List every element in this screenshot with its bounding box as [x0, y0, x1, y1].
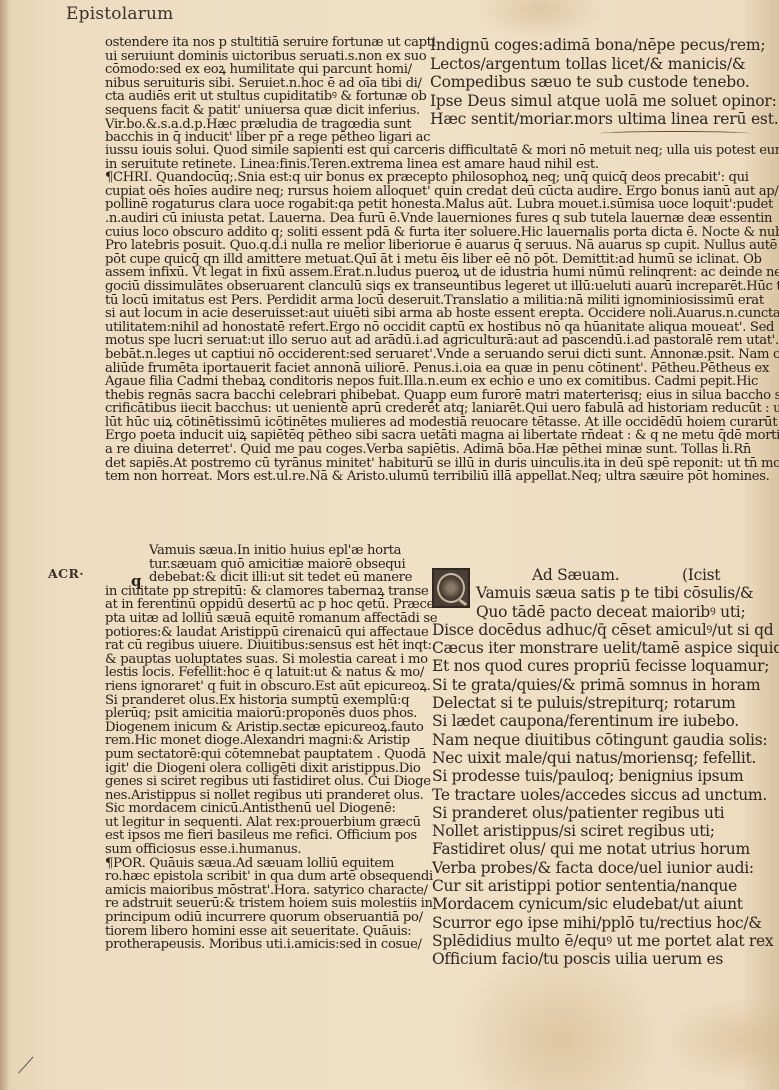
- verse-line: Officium facio/tu poscis uilia uerum es: [432, 950, 779, 968]
- verse-line: Si lædet caupona/ferentinum ire iubebo.: [432, 712, 779, 730]
- text-line: tur.sæuam quō amicitiæ maiorē obsequi: [105, 558, 437, 572]
- text-line: det sapiēs.At postremo cū tyrānus minite…: [105, 457, 779, 471]
- text-line: gociū dissimulātes obseruarent clanculū …: [105, 280, 779, 294]
- handwritten-underline: [600, 131, 750, 136]
- text-line: Diogenem inicum & Aristip.sectæ epicureo…: [105, 721, 437, 735]
- verse-line: Nam neque diuitibus cōtingunt gaudia sol…: [432, 731, 779, 749]
- verse-line: Fastidiret olus/ qui me notat utrius hor…: [432, 840, 779, 858]
- text-line: si aut locum in acie deseruisset:aut uiu…: [105, 307, 779, 321]
- text-line: motus spe lucri seruat:ut illo seruo aut…: [105, 334, 779, 348]
- verse-line: Quo tādē pacto deceat maioribꝰ uti;: [432, 603, 779, 621]
- text-line: riens ignoraret' q fuit in obscuro.Est a…: [105, 680, 437, 694]
- text-line: principum odiū incurrere quorum obseruan…: [105, 911, 437, 925]
- text-line: ut legitur in sequenti. Alat rex:prouerb…: [105, 816, 437, 830]
- text-line: est ipsos me fieri basileus me refici. O…: [105, 829, 437, 843]
- verse-line: Cæcus iter monstrare uelit/tamē aspice s…: [432, 639, 779, 657]
- text-line: & pauptas uoluptates suas. Si molestia c…: [105, 653, 437, 667]
- verse-line: Nec uixit male/qui natus/moriensq; fefel…: [432, 749, 779, 767]
- verse-line: Si pranderet olus/patienter regibus uti: [432, 804, 779, 822]
- text-line: amicis maioribus mōstrat'.Hora. satyrico…: [105, 884, 437, 898]
- verse-line: Si prodesse tuis/pauloq; benignius ipsum: [432, 767, 779, 785]
- text-line: in seruitute retinete. Linea:finis.Teren…: [105, 158, 779, 172]
- text-line: iussu iouis solui. Quod simile sapienti …: [105, 144, 779, 158]
- text-line: potiores:& laudat Aristippū cirenaicū qu…: [105, 626, 437, 640]
- text-line: tiorem libero homini esse ait seueritate…: [105, 925, 437, 939]
- text-line: in ciuitate pp strepitū: & clamores tabe…: [105, 585, 437, 599]
- text-line: tem non horreat. Mors est.ul.re.Nā & Ari…: [105, 470, 779, 484]
- text-line: re adstruit seuerū:& tristem hoiem suis …: [105, 897, 437, 911]
- text-line: at in ferentinū oppidū desertū ac p hoc …: [105, 598, 437, 612]
- text-line: aliūde frumēta iportauerit faciet annonā…: [105, 362, 779, 376]
- text-line: nibus seruituris sibi. Seruiet.n.hoc ē a…: [105, 77, 436, 91]
- text-line: Vamuis sæua.In initio huius epl'æ horta: [105, 544, 437, 558]
- text-line: thebis regnās sacra bacchi celebrari phi…: [105, 389, 779, 403]
- verse-line: Indignū coges:adimā bona/nēpe pecus/rem;: [430, 36, 778, 55]
- running-head: Epistolarum: [66, 4, 174, 24]
- text-line: Vir.bo.&.s.a.d.p.Hæc præludia de tragœdi…: [105, 118, 436, 132]
- verse-line: Hæc sentit/moriar.mors ultima linea rerū…: [430, 110, 778, 129]
- text-line: lūt hūc uiꝝ cōtinētissimū icōtinētes mul…: [105, 416, 779, 430]
- text-line: ro.hæc epistola scribit' in qua dum artē…: [105, 870, 437, 884]
- text-line: Pro latebris posuit. Quo.q.d.i nulla re …: [105, 239, 779, 253]
- text-line: a re diuina deterret'. Quid me pau coges…: [105, 443, 779, 457]
- text-line: ¶POR. Quāuis sæua.Ad sæuam lolliū equite…: [105, 857, 437, 871]
- text-line: genes si sciret regibus uti fastidiret o…: [105, 775, 437, 789]
- text-line: plerūq; psit amicitia maiorū:proponēs du…: [105, 707, 437, 721]
- marginal-note: ACR·: [48, 566, 84, 581]
- verse-line: Et nos quod cures propriū fecisse loquam…: [432, 657, 779, 675]
- text-line: ostendere ita nos p stultitiā seruire fo…: [105, 36, 436, 50]
- text-line: ¶CHRI. Quandocūq;.Snia est:q uir bonus e…: [105, 171, 779, 185]
- text-line: pta uitæ ad lolliū sæuā equitē romanum a…: [105, 612, 437, 626]
- page-gutter: [0, 0, 8, 1090]
- verse-line: Splēdidius multo ē/equꝰ ut me portet ala…: [432, 932, 779, 950]
- text-line: Ergo poeta inducit uiꝝ sapiētēq pētheo s…: [105, 429, 779, 443]
- text-line: crificātibus iiecit bacchus: ut uenientē…: [105, 402, 779, 416]
- commentary-full-width: iussu iouis solui. Quod simile sapienti …: [105, 144, 779, 484]
- verse-line: Cur sit aristippi potior sententia/nanqu…: [432, 877, 779, 895]
- verse-line: Mordacem cynicum/sic eludebat/ut aiunt: [432, 895, 779, 913]
- text-line: utilitatem:nihil ad honostatē refert.Erg…: [105, 321, 779, 335]
- text-line: igit' die Diogeni olera colligēti dixit …: [105, 762, 437, 776]
- text-line: cupiat oēs hoīes audire neq; rursus hoie…: [105, 185, 779, 199]
- verse-right-bottom: Ad Sæuam. (Icist Vamuis sæua satis p te …: [432, 566, 779, 969]
- verse-right-top: Indignū coges:adimā bona/nēpe pecus/rem;…: [430, 36, 778, 129]
- verse-line: Vamuis sæua satis p te tibi cōsulis/&: [432, 584, 779, 602]
- text-line: cuius loco obscuro addito q; soliti esse…: [105, 226, 779, 240]
- verse-line: Lectos/argentum tollas licet/& manicis/&: [430, 55, 778, 74]
- verse-line: Nollet aristippus/si sciret regibus uti;: [432, 822, 779, 840]
- text-line: bebāt.n.leges ut captiui nō occiderent:s…: [105, 348, 779, 362]
- verse-line: Si te grata/quies/& primā somnus in hora…: [432, 676, 779, 694]
- text-line: protherapeusis. Moribus uti.i.amicis:sed…: [105, 938, 437, 952]
- heading-note: (Icist: [624, 566, 720, 584]
- text-line: lestis locis. Fefellit:hoc ē q latuit:ut…: [105, 666, 437, 680]
- text-line: Si pranderet olus.Ex historia sumptū exe…: [105, 694, 437, 708]
- verse-line: Compedibus sæuo te sub custode tenebo.: [430, 73, 778, 92]
- verse-line: Te tractare uoles/accedes siccus ad unct…: [432, 786, 779, 804]
- pen-mark: [18, 1056, 36, 1075]
- commentary-left-top: ostendere ita nos p stultitiā seruire fo…: [105, 36, 436, 145]
- text-line: sequens facit & patit' uniuersa quæ dici…: [105, 104, 436, 118]
- verse-line: Ipse Deus simul atque uolā me soluet opi…: [430, 92, 778, 111]
- text-line: nes.Aristippus si nollet regibus uti pra…: [105, 789, 437, 803]
- text-line: ui seruiunt dominis uictoribus seruati.s…: [105, 50, 436, 64]
- commentary-left-bottom: Vamuis sæua.In initio huius epl'æ horta …: [105, 544, 437, 952]
- text-line: sum officiosus esse.i.humanus.: [105, 843, 437, 857]
- text-line: pum sectatorē:qui cōtemnebat pauptatem .…: [105, 748, 437, 762]
- text-line: rem.Hic monet dioge.Alexandri magni:& Ar…: [105, 734, 437, 748]
- verse-heading-line: Ad Sæuam. (Icist: [432, 566, 779, 584]
- verse-line: Delectat si te puluis/strepiturq; rotaru…: [432, 694, 779, 712]
- text-line: cta audiēs erit ut stultus cupiditatibꝰ …: [105, 90, 436, 104]
- verse-heading: Ad Sæuam.: [432, 566, 619, 584]
- text-line: Sic mordacem cinicū.Antisthenū uel Dioge…: [105, 802, 437, 816]
- text-line: pollinē rogaturus clara uoce rogabit:qa …: [105, 198, 779, 212]
- text-line: assem infixū. Vt legat in fixū assem.Era…: [105, 266, 779, 280]
- text-line: cōmodo:sed ex eoꝝ humilitate qui parcunt…: [105, 63, 436, 77]
- text-line: rat cū regibus uiuere. Diuitibus:sensus …: [105, 639, 437, 653]
- verse-line: Verba probes/& facta doce/uel iunior aud…: [432, 859, 779, 877]
- book-page: Epistolarum ostendere ita nos p stultiti…: [0, 0, 779, 1090]
- verse-line: Scurror ego ipse mihi/pplō tu/rectius ho…: [432, 914, 779, 932]
- text-line: debebat:& dicit illi:ut sit tedet eū man…: [105, 571, 437, 585]
- text-line: Agaue filia Cadmi thebaꝝ conditoris nepo…: [105, 375, 779, 389]
- text-line: pōt cupe quicq̄ qn illd amittere metuat.…: [105, 253, 779, 267]
- verse-line: Disce docēdus adhuc/q̄ cēset amiculꝰ/ut …: [432, 621, 779, 639]
- text-line: tū locū imitatus est Pers. Perdidit arma…: [105, 294, 779, 308]
- text-line: .n.audiri cū iniusta petat. Lauerna. Dea…: [105, 212, 779, 226]
